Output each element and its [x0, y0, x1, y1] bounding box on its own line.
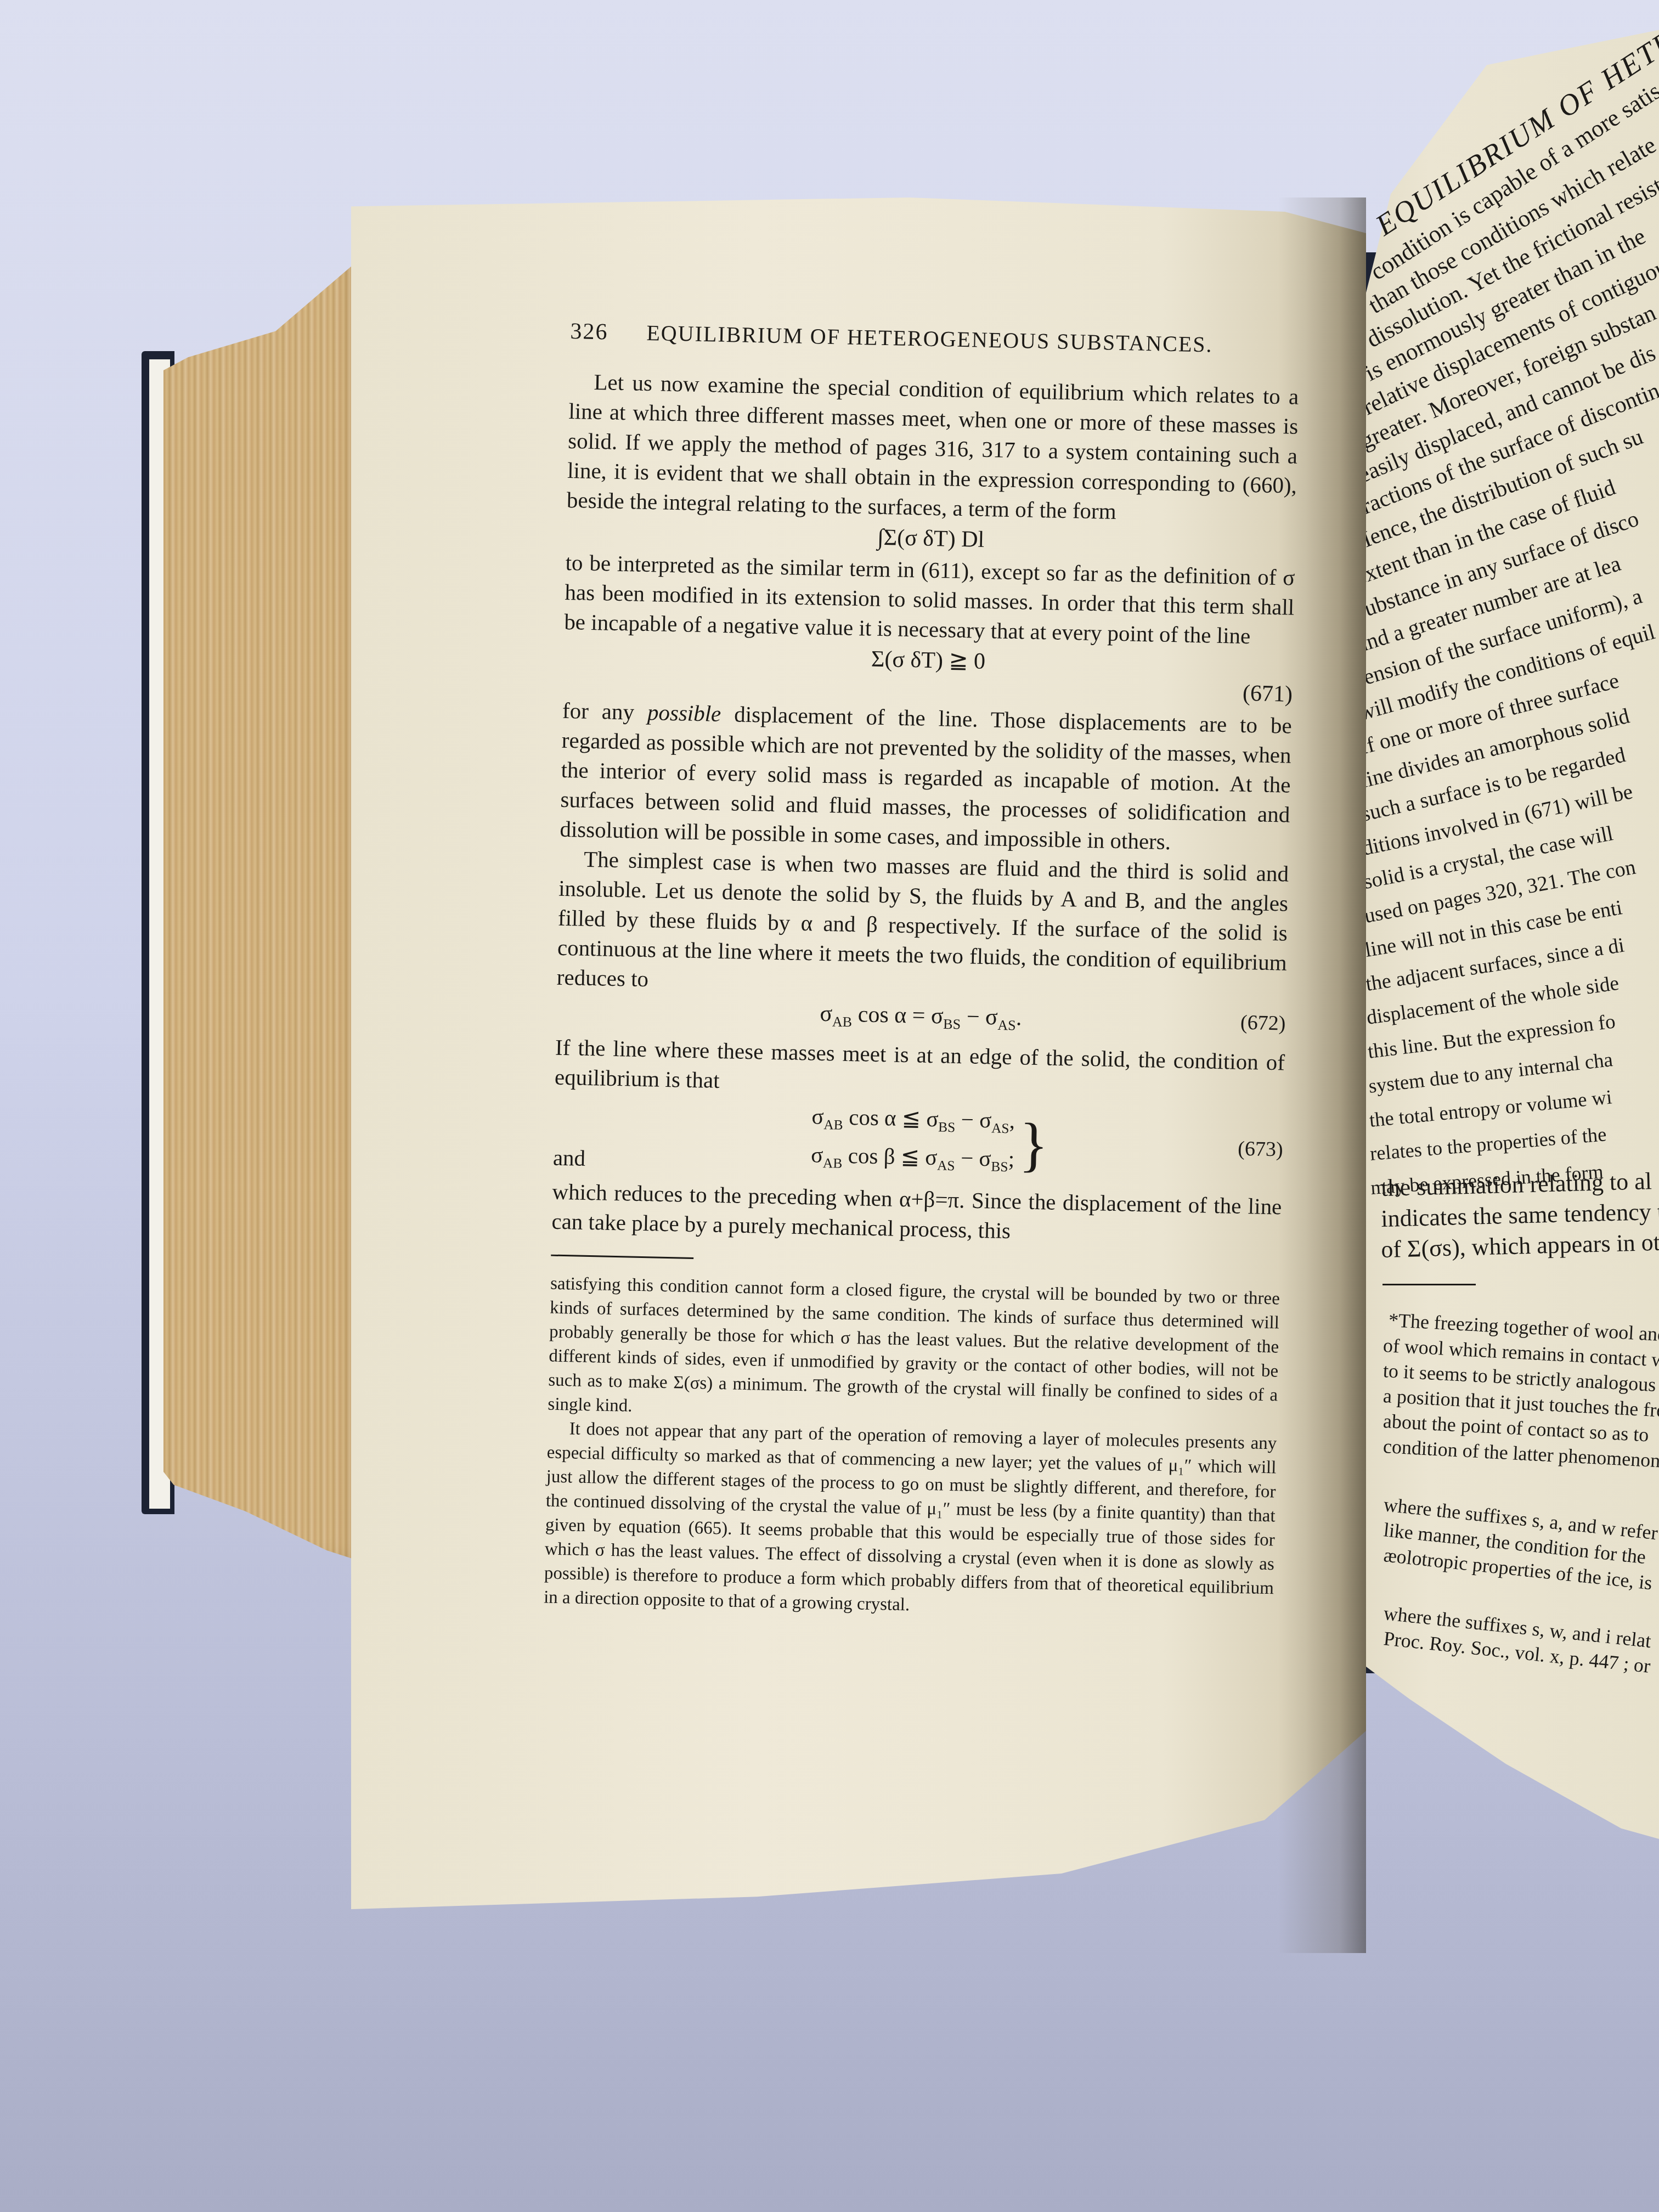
brace-icon: }: [1019, 1119, 1049, 1169]
footnote-paragraph: satisfying this condition cannot form a …: [548, 1271, 1280, 1431]
equation-673-line-2: σAB cos β ≦ σAS − σBS;: [810, 1139, 1014, 1182]
equation-number-673: (673): [1228, 1133, 1283, 1164]
footnote-paragraph: It does not appear that any part of the …: [544, 1416, 1277, 1624]
page-block-edges: [163, 252, 368, 1564]
paragraph: which reduces to the preceding when α+β=…: [551, 1176, 1282, 1251]
footnotes: satisfying this condition cannot form a …: [544, 1271, 1280, 1624]
equation-673-line-1: σAB cos α ≦ σBS − σAS,: [811, 1102, 1015, 1144]
paragraph: The simplest case is when two masses are…: [556, 844, 1289, 1007]
body-text: Let us now examine the special condition…: [551, 366, 1299, 1251]
right-footnote-rule: [1383, 1284, 1476, 1285]
paragraph: for any possible displacement of the lin…: [560, 696, 1292, 859]
page-number: 326: [570, 318, 608, 345]
equation-673: and σAB cos α ≦ σBS − σAS, σAB cos β ≦ σ…: [552, 1096, 1284, 1187]
equation-673-and: and: [552, 1142, 811, 1177]
paragraph: to be interpreted as the similar term in…: [564, 548, 1295, 652]
paragraph: Let us now examine the special condition…: [567, 366, 1299, 530]
equation-number-672: (672): [1240, 1007, 1285, 1039]
left-page-content: 326 EQUILIBRIUM OF HETEROGENEOUS SUBSTAN…: [544, 318, 1300, 1624]
footnote-rule: [551, 1254, 693, 1259]
